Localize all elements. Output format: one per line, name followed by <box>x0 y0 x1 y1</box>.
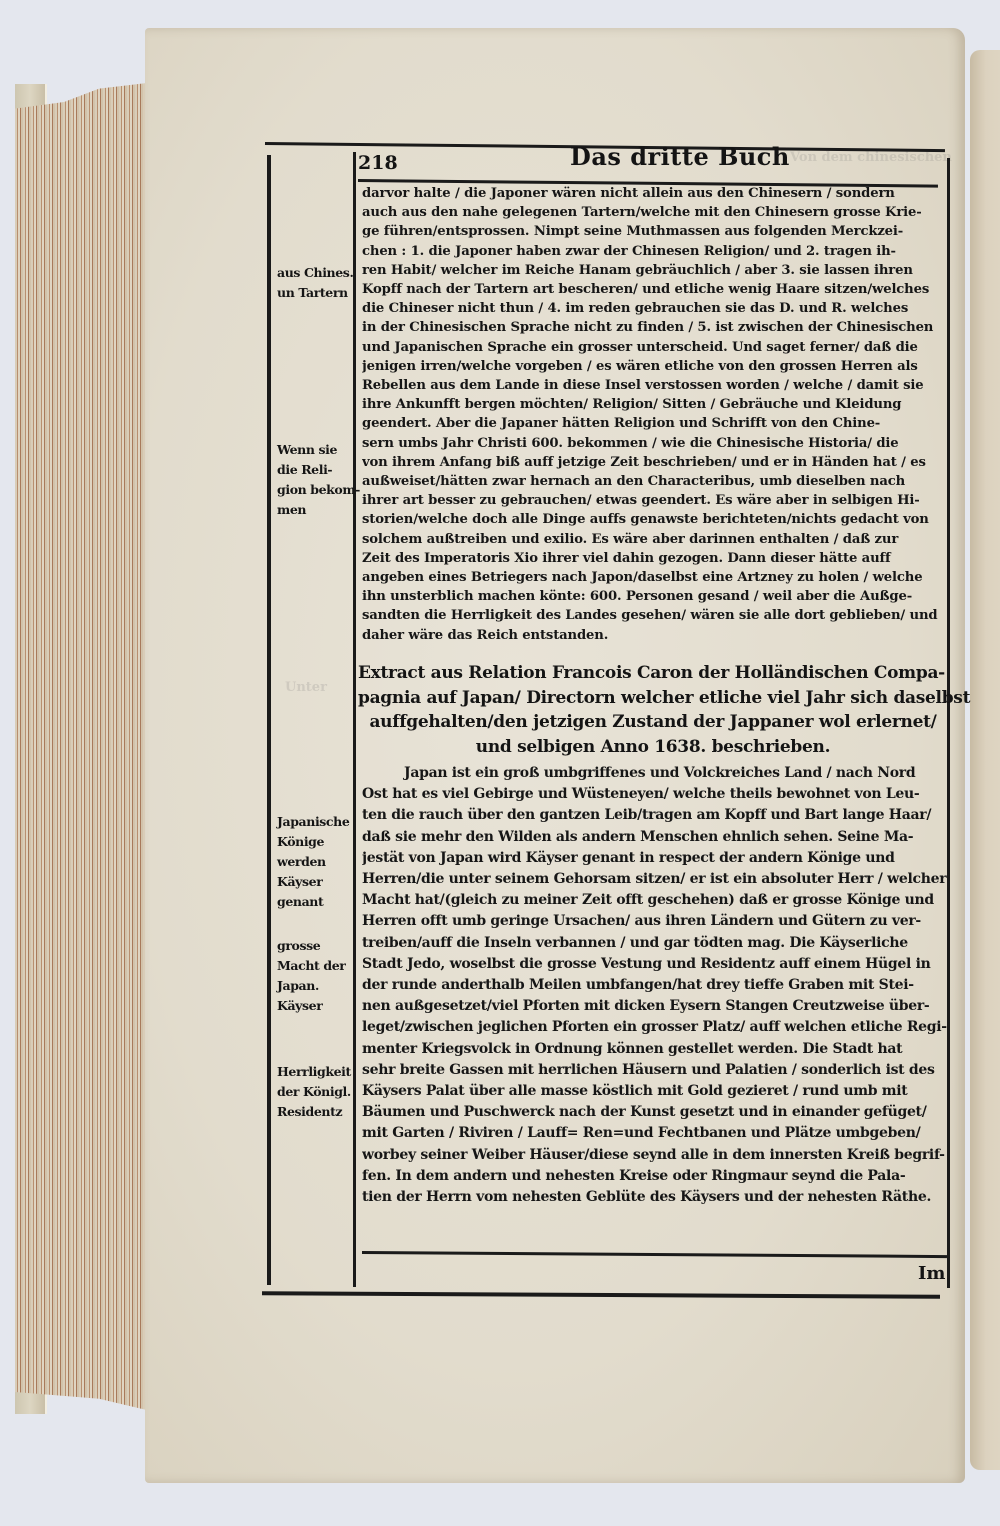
margin-note-japanese-kings: Japanische Könige werden Käyser genant <box>277 812 353 912</box>
frame-margin-divider <box>353 152 356 1287</box>
text-line: jenigen irren/welche vorgeben / es wären… <box>362 357 947 376</box>
text-line: Macht hat/(gleich zu meiner Zeit offt ge… <box>362 890 947 911</box>
margin-note-line: genant <box>277 892 353 912</box>
text-line: sern umbs Jahr Christi 600. bekommen / w… <box>362 434 947 453</box>
text-line: geendert. Aber die Japaner hätten Religi… <box>362 414 947 433</box>
photo-scene: Von dem chinesischen Unter 218 Das dritt… <box>0 0 1000 1526</box>
text-line: außweiset/hätten zwar hernach an den Cha… <box>362 472 947 491</box>
page-number: 218 <box>358 152 398 174</box>
text-line: Rebellen aus dem Lande in diese Insel ve… <box>362 376 947 395</box>
margin-note-line: men <box>277 500 353 520</box>
text-line: nen außgesetzet/viel Pforten mit dicken … <box>362 996 947 1017</box>
text-line: in der Chinesischen Sprache nicht zu fin… <box>362 318 947 337</box>
heading-line: Extract aus Relation Francois Caron der … <box>358 661 948 686</box>
margin-note-line: Käyser <box>277 872 353 892</box>
text-line: von ihrem Anfang biß auff jetzige Zeit b… <box>362 453 947 472</box>
show-through-text: Unter <box>285 680 327 695</box>
text-line: Bäumen und Puschwerck nach der Kunst ges… <box>362 1102 947 1123</box>
text-line: ten die rauch über den gantzen Leib/trag… <box>362 805 947 826</box>
text-line: Ost hat es viel Gebirge und Wüsteneyen/ … <box>362 784 947 805</box>
text-line: jestät von Japan wird Käyser genant in r… <box>362 848 947 869</box>
margin-note-line: der Königl. <box>277 1082 353 1102</box>
margin-note-line: gion bekom- <box>277 480 353 500</box>
margin-note-emperor-power: grosse Macht der Japan. Käyser <box>277 936 353 1016</box>
margin-note-line: werden <box>277 852 353 872</box>
margin-note-line: Japanische <box>277 812 353 832</box>
body-text-section-1: darvor halte / die Japoner wären nicht a… <box>362 184 947 645</box>
margin-note-line: Käyser <box>277 996 353 1016</box>
body-text-section-2: Japan ist ein groß umbgriffenes und Volc… <box>362 763 947 1208</box>
text-line: und Japanischen Sprache ein grosser unte… <box>362 338 947 357</box>
show-through-text: Von dem chinesischen <box>790 150 952 165</box>
margin-note-line: die Reli- <box>277 460 353 480</box>
text-line: mit Garten / Riviren / Lauff= Ren=und Fe… <box>362 1123 947 1144</box>
text-line: sandten die Herrligkeit des Landes geseh… <box>362 606 947 625</box>
heading-line: und selbigen Anno 1638. beschrieben. <box>358 735 948 760</box>
text-line: solchem außtreiben und exilio. Es wäre a… <box>362 530 947 549</box>
text-line: ren Habit/ welcher im Reiche Hanam gebrä… <box>362 261 947 280</box>
text-line: sehr breite Gassen mit herrlichen Häuser… <box>362 1060 947 1081</box>
text-line: Stadt Jedo, woselbst die grosse Vestung … <box>362 954 947 975</box>
text-line: Zeit des Imperatoris Xio ihrer viel dahi… <box>362 549 947 568</box>
running-head: Das dritte Buch <box>570 142 790 171</box>
section-heading: Extract aus Relation Francois Caron der … <box>358 661 948 759</box>
text-line: Herren offt umb geringe Ursachen/ aus ih… <box>362 911 947 932</box>
text-line: ihrer art besser zu gebrauchen/ etwas ge… <box>362 491 947 510</box>
margin-note-line: aus Chines. <box>277 263 353 283</box>
heading-line: pagnia auf Japan/ Directorn welcher etli… <box>358 686 948 711</box>
heading-line: auffgehalten/den jetzigen Zustand der Ja… <box>358 710 948 735</box>
catchword: Im <box>918 1263 945 1284</box>
margin-note-line: Könige <box>277 832 353 852</box>
text-line: ihn unsterblich machen könte: 600. Perso… <box>362 587 947 606</box>
text-line: daher wäre das Reich entstanden. <box>362 626 947 645</box>
text-line: die Chineser nicht thun / 4. im reden ge… <box>362 299 947 318</box>
text-line: angeben eines Betriegers nach Japon/dase… <box>362 568 947 587</box>
text-line: leget/zwischen jeglichen Pforten ein gro… <box>362 1017 947 1038</box>
text-line: fen. In dem andern und nehesten Kreise o… <box>362 1166 947 1187</box>
text-line: storien/welche doch alle Dinge auffs gen… <box>362 510 947 529</box>
margin-note-religion: Wenn sie die Reli- gion bekom- men <box>277 440 353 520</box>
margin-note-line: Herrligkeit <box>277 1062 353 1082</box>
text-line: Kopff nach der Tartern art bescheren/ un… <box>362 280 947 299</box>
text-line: darvor halte / die Japoner wären nicht a… <box>362 184 947 203</box>
text-line: Käysers Palat über alle masse köstlich m… <box>362 1081 947 1102</box>
text-line: chen : 1. die Japoner haben zwar der Chi… <box>362 242 947 261</box>
margin-note-line: un Tartern <box>277 283 353 303</box>
page-block-edge <box>15 82 155 1412</box>
text-line: Japan ist ein groß umbgriffenes und Volc… <box>362 763 947 784</box>
text-line: ihre Ankunfft bergen möchten/ Religion/ … <box>362 395 947 414</box>
margin-note-chinese-tartars: aus Chines. un Tartern <box>277 263 353 303</box>
margin-note-line: Japan. <box>277 976 353 996</box>
margin-note-line: Macht der <box>277 956 353 976</box>
text-line: treiben/auff die Inseln verbannen / und … <box>362 933 947 954</box>
margin-note-line: Wenn sie <box>277 440 353 460</box>
margin-note-royal-residence: Herrligkeit der Königl. Residentz <box>277 1062 353 1122</box>
facing-page-edge <box>970 50 1000 1470</box>
text-line: menter Kriegsvolck in Ordnung können ges… <box>362 1039 947 1060</box>
margin-note-line: grosse <box>277 936 353 956</box>
text-line: worbey seiner Weiber Häuser/diese seynd … <box>362 1145 947 1166</box>
text-line: daß sie mehr den Wilden als andern Mensc… <box>362 827 947 848</box>
text-line: auch aus den nahe gelegenen Tartern/welc… <box>362 203 947 222</box>
frame-left-rule <box>267 155 271 1285</box>
margin-note-line: Residentz <box>277 1102 353 1122</box>
text-line: der runde anderthalb Meilen umbfangen/ha… <box>362 975 947 996</box>
text-line: tien der Herrn vom nehesten Geblüte des … <box>362 1187 947 1208</box>
text-line: ge führen/entsprossen. Nimpt seine Muthm… <box>362 222 947 241</box>
text-line: Herren/die unter seinem Gehorsam sitzen/… <box>362 869 947 890</box>
